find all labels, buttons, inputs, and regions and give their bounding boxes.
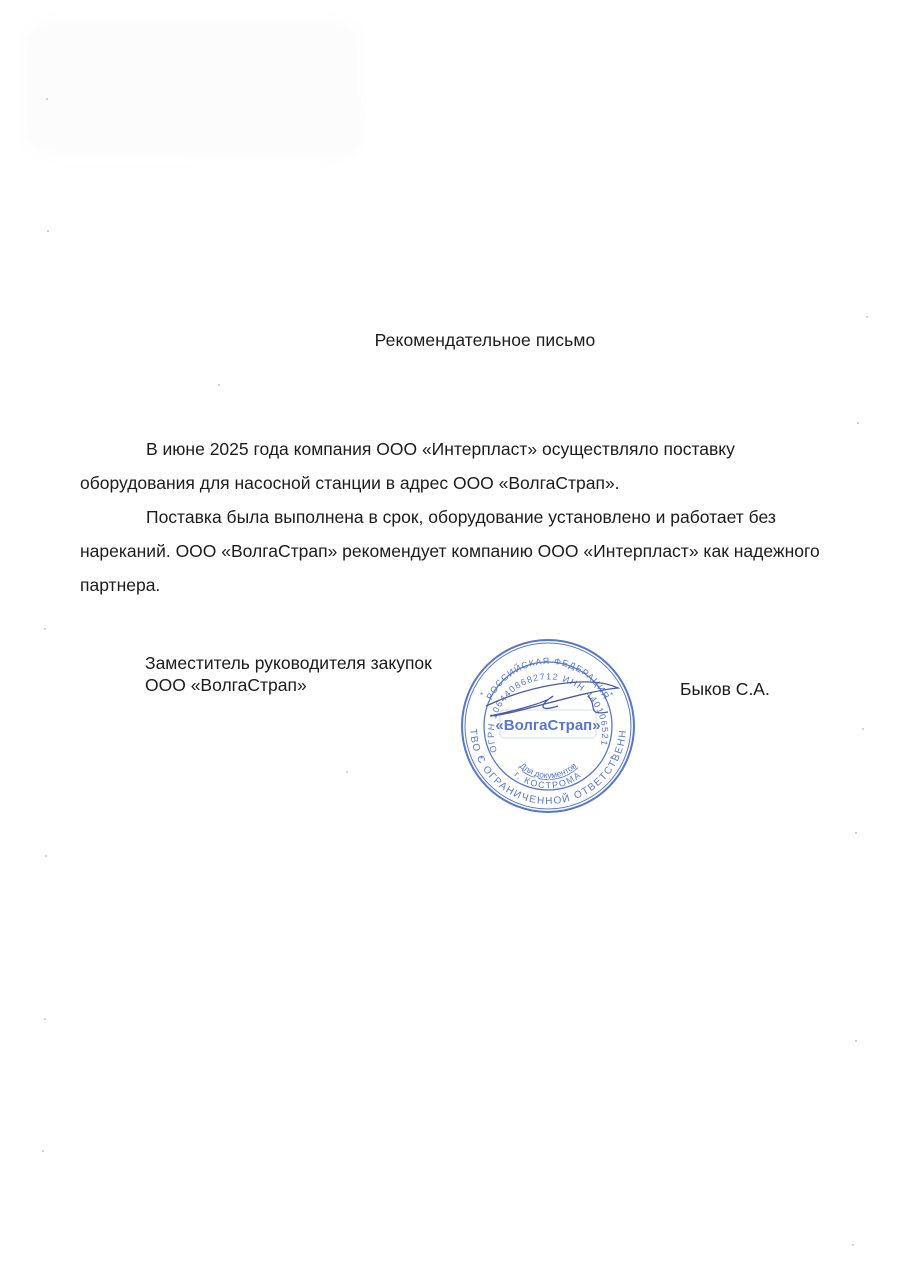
- letter-title: Рекомендательное письмо: [0, 330, 904, 351]
- scan-speck: [44, 628, 46, 630]
- svg-text:«ВолгаСтрап»: «ВолгаСтрап»: [495, 717, 600, 734]
- svg-text:*: *: [610, 691, 613, 700]
- scan-speck: [42, 1150, 44, 1152]
- scan-speck: [46, 98, 48, 100]
- paragraph-recommendation: Поставка была выполнена в срок, оборудов…: [80, 500, 820, 602]
- scan-speck: [852, 1244, 854, 1246]
- scan-speck: [862, 728, 864, 730]
- letter-body: В июне 2025 года компания ООО «Интерплас…: [80, 432, 820, 602]
- redacted-letterhead-part: [180, 95, 360, 153]
- scan-speck: [218, 384, 220, 386]
- scan-speck: [44, 1018, 46, 1020]
- signature-block: Заместитель руководителя закупок ООО «Во…: [145, 652, 432, 696]
- company-stamp-icon: ОБЩЕСТВО С ОГРАНИЧЕННОЙ ОТВЕТСТВЕННОСТЬЮ…: [458, 636, 638, 816]
- scan-speck: [346, 771, 348, 773]
- scan-speck: [855, 1040, 857, 1042]
- signer-position: Заместитель руководителя закупок: [145, 652, 432, 674]
- scan-speck: [855, 832, 857, 834]
- scan-speck: [45, 855, 47, 857]
- scan-speck: [47, 230, 49, 232]
- signer-company: ООО «ВолгаСтрап»: [145, 674, 432, 696]
- svg-text:*: *: [480, 691, 483, 700]
- signer-name: Быков С.А.: [680, 679, 770, 700]
- scan-speck: [866, 316, 868, 318]
- letter-page: Рекомендательное письмо В июне 2025 года…: [0, 0, 904, 1280]
- paragraph-delivery: В июне 2025 года компания ООО «Интерплас…: [80, 432, 820, 500]
- svg-text:*: *: [480, 755, 483, 764]
- svg-text:*: *: [610, 755, 613, 764]
- scan-speck: [857, 422, 859, 424]
